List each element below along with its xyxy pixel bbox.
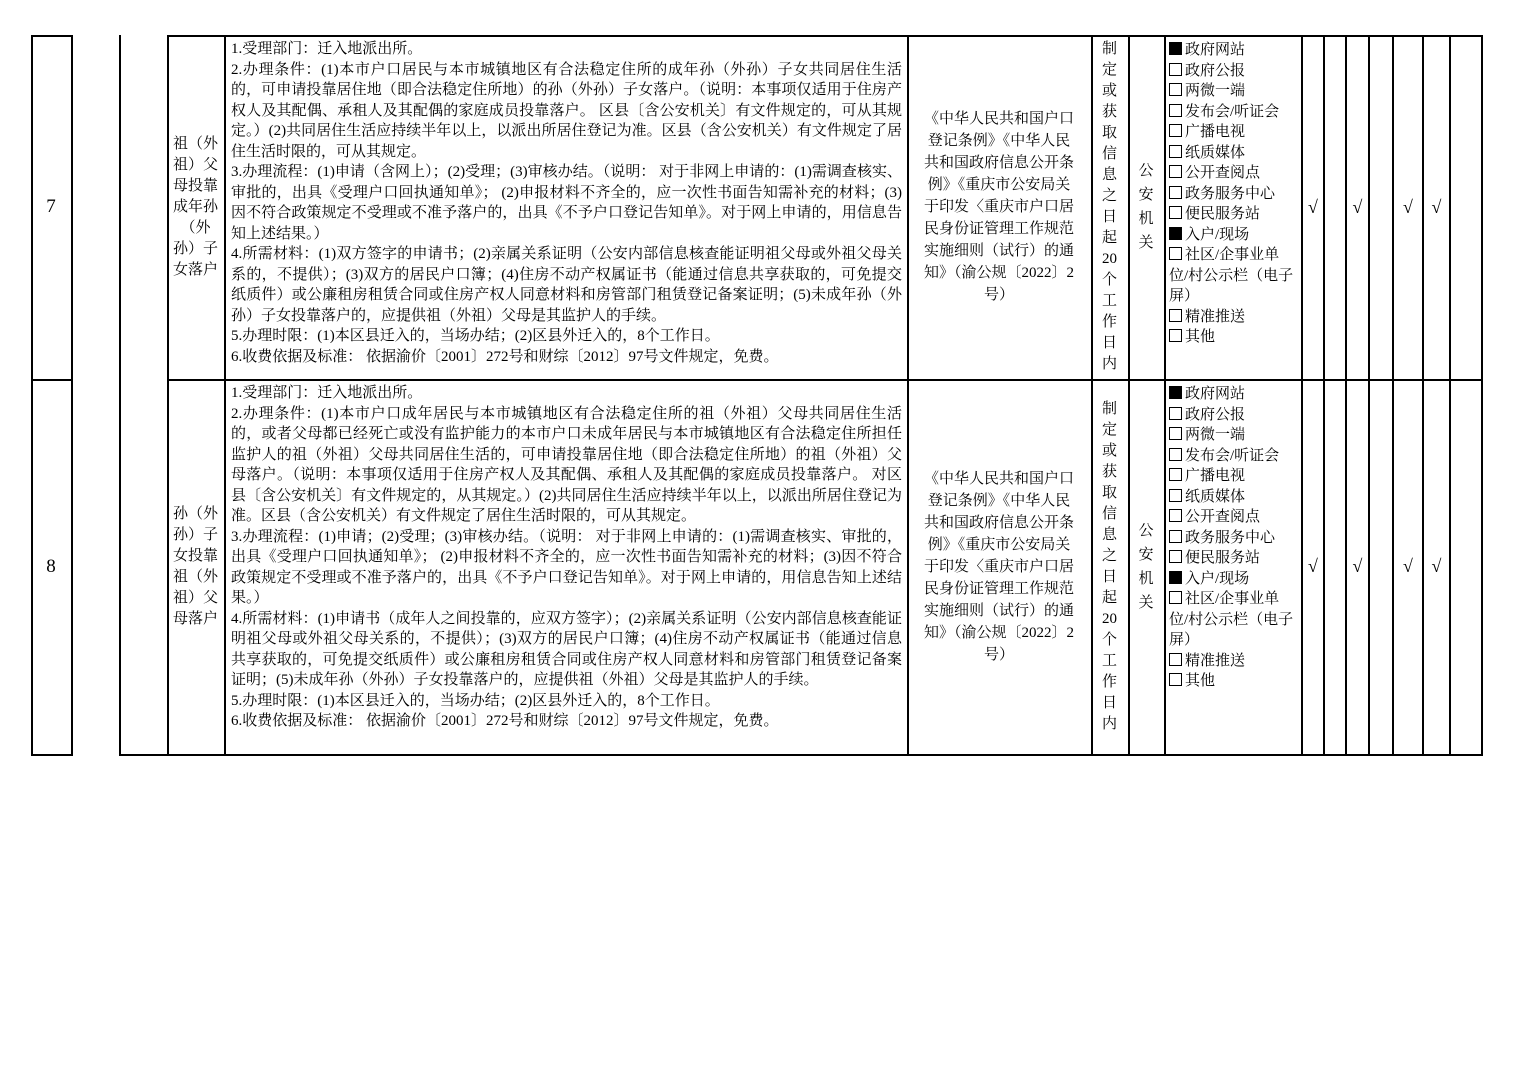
procedure-item: 6.收费依据及标准： 依据渝价〔2001〕272号和财综〔2012〕97号文件规… (231, 711, 902, 732)
publicity-channel-label: 政务服务中心 (1185, 530, 1275, 546)
tick-mark: √ (1432, 197, 1442, 218)
tick-cell: √ (1303, 381, 1323, 752)
checkbox-unchecked-icon (1169, 427, 1182, 440)
checkbox-unchecked-icon (1169, 206, 1182, 219)
checkbox-unchecked-icon (1169, 468, 1182, 481)
checkbox-unchecked-icon (1169, 63, 1182, 76)
publicity-channel-item: 广播电视 (1169, 466, 1298, 487)
checkbox-unchecked-icon (1169, 550, 1182, 563)
row-number: 7 (33, 37, 69, 377)
publicity-channel-item: 其他 (1169, 327, 1298, 348)
legal-basis: 《中华人民共和国户口登记条例》《中华人民共和国政府信息公开条例》《重庆市公安局关… (909, 381, 1089, 752)
table-border (119, 754, 1483, 756)
publicity-channel-item: 纸质媒体 (1169, 487, 1298, 508)
tick-cell: √ (1303, 37, 1323, 377)
publicity-channel-label: 两微一端 (1185, 427, 1245, 443)
procedure-item: 1.受理部门：迁入地派出所。 (231, 39, 902, 60)
publicity-channel-item: 政府公报 (1169, 405, 1298, 426)
checkbox-unchecked-icon (1169, 489, 1182, 502)
tick-cell-empty (1325, 381, 1345, 752)
publicity-channel-item: 发布会/听证会 (1169, 102, 1298, 123)
item-title-text: 祖（外祖）父母投靠成年孙（外孙）子女落户 (171, 134, 220, 281)
legal-basis-text: 《中华人民共和国户口登记条例》《中华人民共和国政府信息公开条例》《重庆市公安局关… (923, 108, 1075, 306)
tick-cell-empty (1451, 381, 1481, 752)
time-limit: 制定或获取信息之日起20个工作日内 (1093, 381, 1126, 752)
checkbox-checked-icon (1169, 42, 1182, 55)
publicity-channel-item: 公开查阅点 (1169, 163, 1298, 184)
publicity-channel-label: 精准推送 (1185, 309, 1245, 325)
item-title: 祖（外祖）父母投靠成年孙（外孙）子女落户 (169, 37, 222, 377)
tick-mark: √ (1403, 556, 1413, 577)
time-limit-text: 制定或获取信息之日起20个工作日内 (1095, 399, 1124, 735)
tick-cell: √ (1394, 381, 1422, 752)
publicity-channel-label: 政府公报 (1185, 63, 1245, 79)
responsible-agency: 公安机关 (1130, 37, 1162, 377)
publicity-channel-label: 精准推送 (1185, 653, 1245, 669)
table-border (224, 35, 226, 756)
publicity-channel-label: 政务服务中心 (1185, 186, 1275, 202)
publicity-channel-item: 公开查阅点 (1169, 507, 1298, 528)
tick-mark: √ (1403, 197, 1413, 218)
procedure-item: 3.办理流程：(1)申请；(2)受理；(3)审核办结。（说明： 对于非网上申请的… (231, 527, 902, 609)
publicity-channel-label: 政府网站 (1185, 386, 1245, 402)
document-page: 7 祖（外祖）父母投靠成年孙（外孙）子女落户 1.受理部门：迁入地派出所。 2.… (0, 0, 1520, 1074)
tick-mark: √ (1308, 556, 1318, 577)
checkbox-unchecked-icon (1169, 591, 1182, 604)
time-limit-text: 制定或获取信息之日起20个工作日内 (1095, 39, 1124, 375)
publicity-channel-item: 便民服务站 (1169, 548, 1298, 569)
publicity-channel-label: 公开查阅点 (1185, 165, 1260, 181)
publicity-channel-label: 便民服务站 (1185, 206, 1260, 222)
checkbox-unchecked-icon (1169, 83, 1182, 96)
responsible-agency-text: 公安机关 (1138, 159, 1154, 255)
publicity-channel-item: 社区/企事业单位/村公示栏（电子屏） (1169, 589, 1298, 651)
publicity-channel-item: 其他 (1169, 671, 1298, 692)
checkbox-checked-icon (1169, 386, 1182, 399)
responsible-agency: 公安机关 (1130, 381, 1162, 752)
publicity-channel-item: 发布会/听证会 (1169, 446, 1298, 467)
checkbox-unchecked-icon (1169, 407, 1182, 420)
procedure-item: 3.办理流程：(1)申请（含网上）；(2)受理；(3)审核办结。（说明： 对于非… (231, 162, 902, 244)
publicity-channel-item: 政务服务中心 (1169, 528, 1298, 549)
procedure-item: 2.办理条件：(1)本市户口居民与本市城镇地区有合法稳定住所的成年孙（外孙）子女… (231, 60, 902, 163)
publicity-channels: 政府网站政府公报两微一端发布会/听证会广播电视纸质媒体公开查阅点政务服务中心便民… (1166, 381, 1299, 752)
publicity-channel-item: 政务服务中心 (1169, 184, 1298, 205)
tick-cell: √ (1394, 37, 1422, 377)
checkbox-unchecked-icon (1169, 247, 1182, 260)
checkbox-checked-icon (1169, 227, 1182, 240)
procedure-item: 6.收费依据及标准： 依据渝价〔2001〕272号和财综〔2012〕97号文件规… (231, 347, 902, 368)
procedure-item: 4.所需材料：(1)申请书（成年人之间投靠的，应双方签字）；(2)亲属关系证明（… (231, 609, 902, 691)
procedure-details: 1.受理部门：迁入地派出所。 2.办理条件：(1)本市户口成年居民与本市城镇地区… (227, 381, 905, 752)
publicity-channel-label: 两微一端 (1185, 83, 1245, 99)
checkbox-unchecked-icon (1169, 448, 1182, 461)
tick-cell-empty (1451, 37, 1481, 377)
tick-cell-empty (1325, 37, 1345, 377)
publicity-channels: 政府网站政府公报两微一端发布会/听证会广播电视纸质媒体公开查阅点政务服务中心便民… (1166, 37, 1299, 377)
row-number-text: 7 (46, 196, 56, 218)
publicity-channel-item: 社区/企事业单位/村公示栏（电子屏） (1169, 245, 1298, 307)
publicity-channel-label: 政府公报 (1185, 407, 1245, 423)
procedure-details: 1.受理部门：迁入地派出所。 2.办理条件：(1)本市户口居民与本市城镇地区有合… (227, 37, 905, 377)
table-border (1481, 35, 1483, 756)
publicity-channel-label: 广播电视 (1185, 468, 1245, 484)
tick-cell: √ (1424, 381, 1449, 752)
checkbox-unchecked-icon (1169, 104, 1182, 117)
publicity-channel-label: 入户/现场 (1185, 227, 1249, 243)
row-number-text: 8 (46, 556, 56, 578)
table-border (119, 35, 121, 756)
checkbox-unchecked-icon (1169, 165, 1182, 178)
checkbox-checked-icon (1169, 571, 1182, 584)
tick-cell: √ (1347, 381, 1368, 752)
tick-cell-empty (1370, 37, 1392, 377)
checkbox-unchecked-icon (1169, 186, 1182, 199)
tick-cell-empty (1370, 381, 1392, 752)
procedure-item: 2.办理条件：(1)本市户口成年居民与本市城镇地区有合法稳定住所的祖（外祖）父母… (231, 404, 902, 527)
publicity-channel-label: 政府网站 (1185, 42, 1245, 58)
publicity-channel-item: 入户/现场 (1169, 569, 1298, 590)
publicity-channel-item: 政府网站 (1169, 40, 1298, 61)
checkbox-unchecked-icon (1169, 124, 1182, 137)
tick-mark: √ (1432, 556, 1442, 577)
publicity-channel-label: 社区/企事业单位/村公示栏（电子屏） (1169, 591, 1293, 648)
publicity-channel-item: 入户/现场 (1169, 225, 1298, 246)
legal-basis-text: 《中华人民共和国户口登记条例》《中华人民共和国政府信息公开条例》《重庆市公安局关… (923, 468, 1075, 666)
tick-mark: √ (1353, 556, 1363, 577)
publicity-channel-item: 精准推送 (1169, 307, 1298, 328)
checkbox-unchecked-icon (1169, 673, 1182, 686)
time-limit: 制定或获取信息之日起20个工作日内 (1093, 37, 1126, 377)
publicity-channel-label: 公开查阅点 (1185, 509, 1260, 525)
publicity-channel-label: 广播电视 (1185, 124, 1245, 140)
publicity-channel-label: 社区/企事业单位/村公示栏（电子屏） (1169, 247, 1293, 304)
checkbox-unchecked-icon (1169, 653, 1182, 666)
tick-mark: √ (1353, 197, 1363, 218)
legal-basis: 《中华人民共和国户口登记条例》《中华人民共和国政府信息公开条例》《重庆市公安局关… (909, 37, 1089, 377)
publicity-channel-label: 入户/现场 (1185, 571, 1249, 587)
table-border (71, 35, 73, 756)
procedure-item: 4.所需材料：(1)双方签字的申请书；(2)亲属关系证明（公安内部信息核查能证明… (231, 244, 902, 326)
checkbox-unchecked-icon (1169, 309, 1182, 322)
item-title: 孙（外孙）子女投靠祖（外祖）父母落户 (169, 381, 222, 752)
item-title-text: 孙（外孙）子女投靠祖（外祖）父母落户 (171, 504, 220, 630)
procedure-item: 5.办理时限：(1)本区县迁入的，当场办结；(2)区县外迁入的，8个工作日。 (231, 326, 902, 347)
tick-cell: √ (1424, 37, 1449, 377)
responsible-agency-text: 公安机关 (1138, 519, 1154, 615)
publicity-channel-label: 纸质媒体 (1185, 145, 1245, 161)
checkbox-unchecked-icon (1169, 530, 1182, 543)
publicity-channel-label: 其他 (1185, 329, 1215, 345)
checkbox-unchecked-icon (1169, 145, 1182, 158)
publicity-channel-item: 政府网站 (1169, 384, 1298, 405)
publicity-channel-label: 发布会/听证会 (1185, 448, 1279, 464)
procedure-item: 1.受理部门：迁入地派出所。 (231, 383, 902, 404)
tick-mark: √ (1308, 197, 1318, 218)
publicity-channel-label: 纸质媒体 (1185, 489, 1245, 505)
publicity-channel-item: 广播电视 (1169, 122, 1298, 143)
publicity-channel-label: 便民服务站 (1185, 550, 1260, 566)
publicity-channel-item: 纸质媒体 (1169, 143, 1298, 164)
publicity-channel-item: 两微一端 (1169, 425, 1298, 446)
checkbox-unchecked-icon (1169, 509, 1182, 522)
checkbox-unchecked-icon (1169, 329, 1182, 342)
publicity-channel-item: 精准推送 (1169, 651, 1298, 672)
publicity-channel-item: 两微一端 (1169, 81, 1298, 102)
table-border (31, 754, 73, 756)
publicity-channel-item: 便民服务站 (1169, 204, 1298, 225)
row-number: 8 (33, 381, 69, 752)
publicity-channel-label: 发布会/听证会 (1185, 104, 1279, 120)
procedure-item: 5.办理时限：(1)本区县迁入的，当场办结；(2)区县外迁入的，8个工作日。 (231, 691, 902, 712)
publicity-channel-item: 政府公报 (1169, 61, 1298, 82)
tick-cell: √ (1347, 37, 1368, 377)
publicity-channel-label: 其他 (1185, 673, 1215, 689)
